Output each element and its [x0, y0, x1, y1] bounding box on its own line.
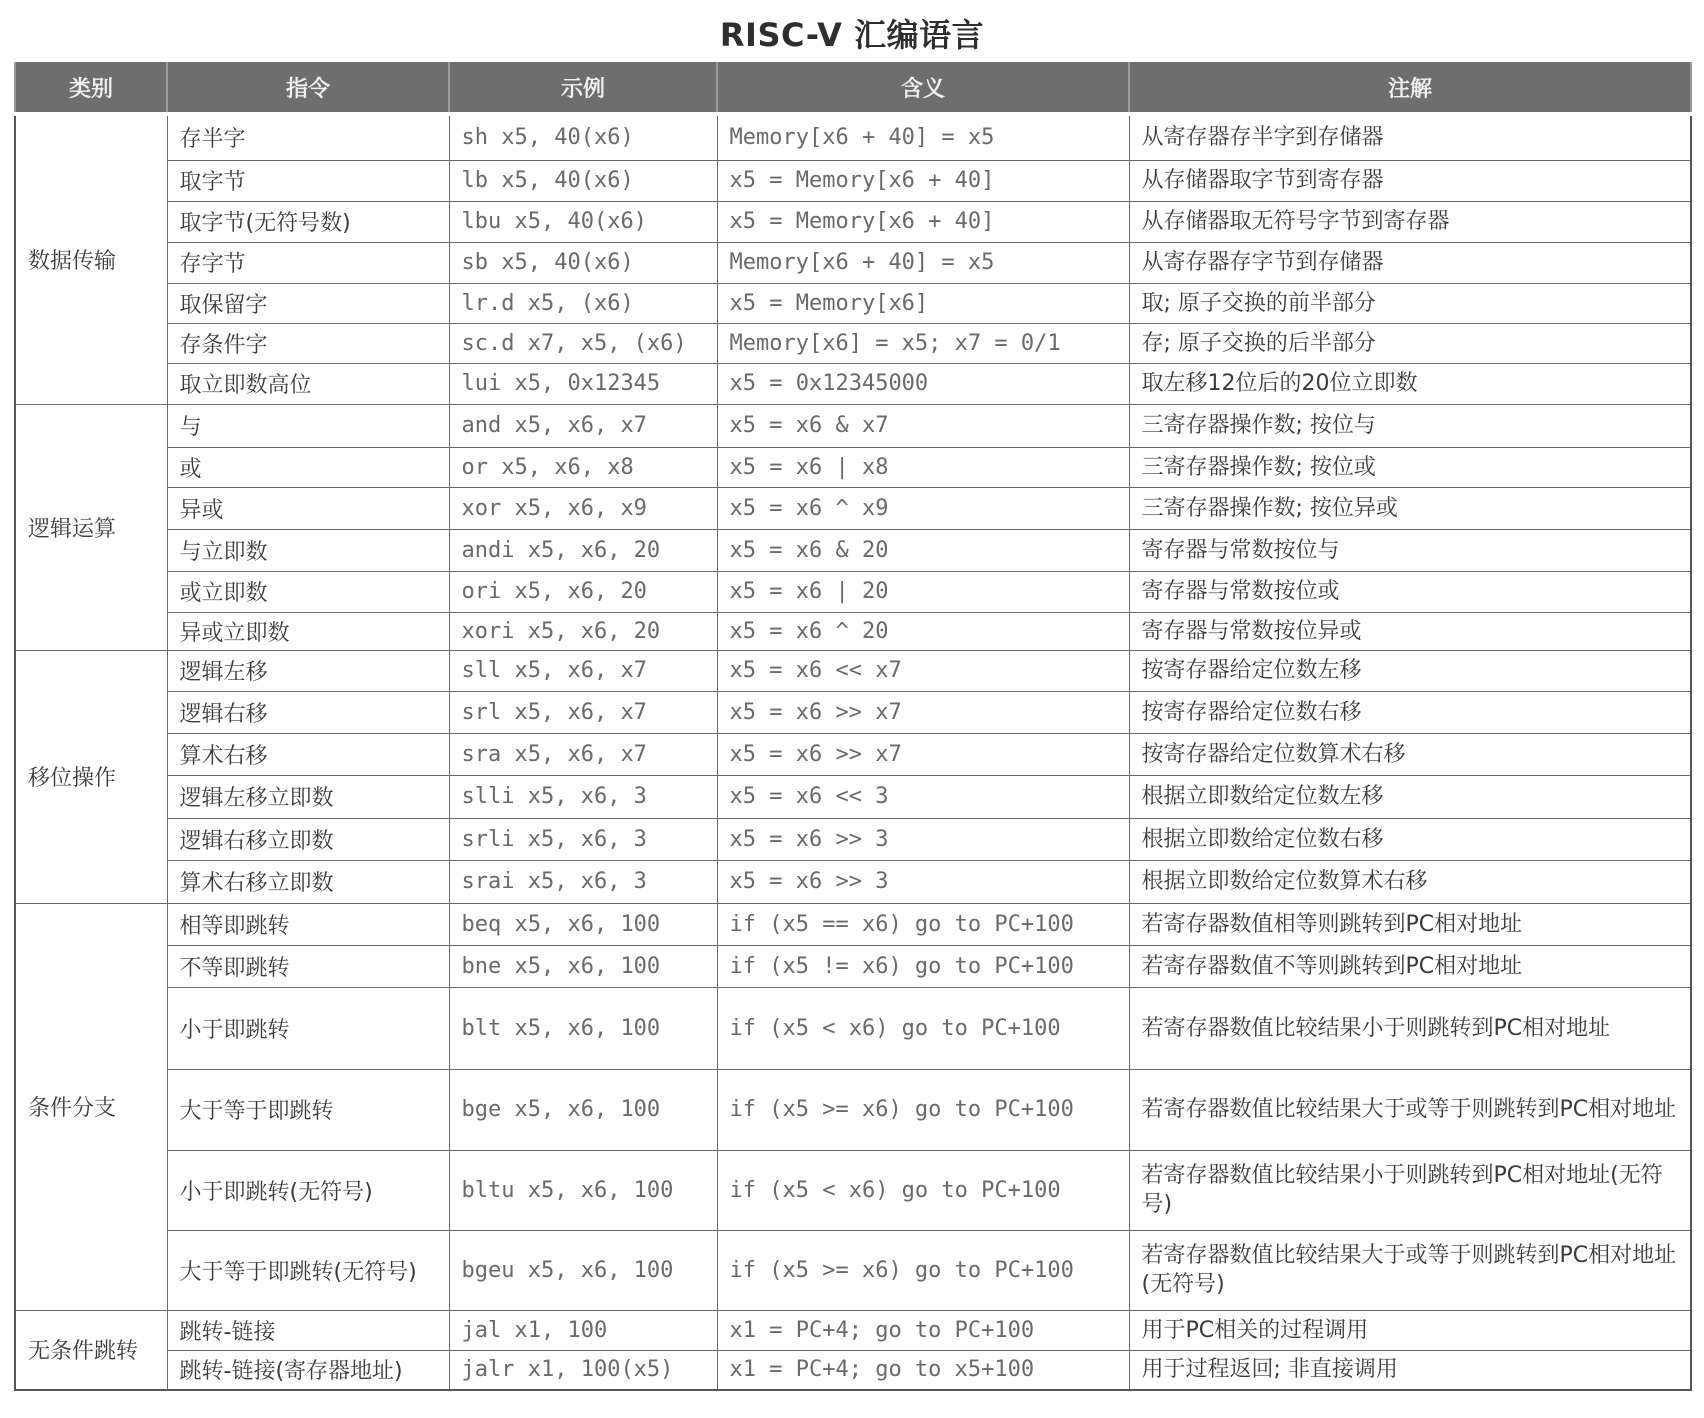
comment-cell: 寄存器与常数按位或: [1129, 571, 1691, 612]
table-row: 取字节(无符号数)lbu x5, 40(x6)x5 = Memory[x6 + …: [15, 201, 1691, 242]
example-cell: bltu x5, x6, 100: [449, 1150, 717, 1230]
meaning-cell: if (x5 >= x6) go to PC+100: [717, 1230, 1129, 1310]
example-cell: srai x5, x6, 3: [449, 860, 717, 903]
meaning-cell: x5 = Memory[x6 + 40]: [717, 201, 1129, 242]
comment-cell: 用于PC相关的过程调用: [1129, 1310, 1691, 1350]
table-row: 小于即跳转(无符号)bltu x5, x6, 100if (x5 < x6) g…: [15, 1150, 1691, 1230]
meaning-cell: x5 = Memory[x6]: [717, 283, 1129, 323]
instruction-cell: 相等即跳转: [167, 903, 449, 945]
instruction-cell: 存字节: [167, 242, 449, 283]
meaning-cell: if (x5 != x6) go to PC+100: [717, 945, 1129, 987]
example-cell: xor x5, x6, x9: [449, 487, 717, 529]
category-cell: 条件分支: [15, 903, 167, 1310]
example-cell: xori x5, x6, 20: [449, 612, 717, 650]
instruction-cell: 跳转-链接: [167, 1310, 449, 1350]
example-cell: lr.d x5, (x6): [449, 283, 717, 323]
example-cell: lui x5, 0x12345: [449, 363, 717, 404]
example-cell: sra x5, x6, x7: [449, 733, 717, 775]
meaning-cell: x5 = x6 ^ 20: [717, 612, 1129, 650]
comment-cell: 三寄存器操作数; 按位或: [1129, 447, 1691, 487]
meaning-cell: if (x5 < x6) go to PC+100: [717, 987, 1129, 1069]
comment-cell: 用于过程返回; 非直接调用: [1129, 1350, 1691, 1390]
instruction-cell: 算术右移: [167, 733, 449, 775]
comment-cell: 若寄存器数值比较结果大于或等于则跳转到PC相对地址: [1129, 1069, 1691, 1150]
example-cell: blt x5, x6, 100: [449, 987, 717, 1069]
table-row: 取保留字lr.d x5, (x6)x5 = Memory[x6]取; 原子交换的…: [15, 283, 1691, 323]
comment-cell: 三寄存器操作数; 按位异或: [1129, 487, 1691, 529]
meaning-cell: x5 = x6 & x7: [717, 404, 1129, 447]
meaning-cell: x5 = x6 | 20: [717, 571, 1129, 612]
comment-cell: 从寄存器存字节到存储器: [1129, 242, 1691, 283]
example-cell: slli x5, x6, 3: [449, 775, 717, 818]
table-header: 类别 指令 示例 含义 注解: [15, 62, 1691, 114]
instruction-cell: 不等即跳转: [167, 945, 449, 987]
example-cell: and x5, x6, x7: [449, 404, 717, 447]
category-cell: 逻辑运算: [15, 404, 167, 650]
example-cell: bgeu x5, x6, 100: [449, 1230, 717, 1310]
header-category: 类别: [15, 62, 167, 114]
table-row: 存字节sb x5, 40(x6)Memory[x6 + 40] = x5从寄存器…: [15, 242, 1691, 283]
table-row: 不等即跳转bne x5, x6, 100if (x5 != x6) go to …: [15, 945, 1691, 987]
instruction-cell: 取立即数高位: [167, 363, 449, 404]
comment-cell: 寄存器与常数按位与: [1129, 529, 1691, 571]
comment-cell: 根据立即数给定位数左移: [1129, 775, 1691, 818]
instruction-cell: 大于等于即跳转: [167, 1069, 449, 1150]
meaning-cell: x5 = 0x12345000: [717, 363, 1129, 404]
instruction-cell: 异或: [167, 487, 449, 529]
example-cell: sll x5, x6, x7: [449, 650, 717, 691]
comment-cell: 从存储器取字节到寄存器: [1129, 160, 1691, 201]
example-cell: andi x5, x6, 20: [449, 529, 717, 571]
table-row: 取立即数高位lui x5, 0x12345x5 = 0x12345000取左移1…: [15, 363, 1691, 404]
meaning-cell: x1 = PC+4; go to PC+100: [717, 1310, 1129, 1350]
instruction-cell: 或立即数: [167, 571, 449, 612]
header-comment: 注解: [1129, 62, 1691, 114]
instruction-cell: 逻辑右移: [167, 691, 449, 733]
example-cell: ori x5, x6, 20: [449, 571, 717, 612]
instruction-cell: 小于即跳转: [167, 987, 449, 1069]
instruction-cell: 存条件字: [167, 323, 449, 363]
meaning-cell: x5 = x6 | x8: [717, 447, 1129, 487]
page-title: RISC-V 汇编语言: [0, 10, 1704, 56]
comment-cell: 根据立即数给定位数算术右移: [1129, 860, 1691, 903]
example-cell: lb x5, 40(x6): [449, 160, 717, 201]
header-meaning: 含义: [717, 62, 1129, 114]
table-row: 逻辑右移立即数srli x5, x6, 3x5 = x6 >> 3根据立即数给定…: [15, 818, 1691, 860]
table-row: 逻辑右移srl x5, x6, x7x5 = x6 >> x7按寄存器给定位数右…: [15, 691, 1691, 733]
table-row: 无条件跳转跳转-链接jal x1, 100x1 = PC+4; go to PC…: [15, 1310, 1691, 1350]
comment-cell: 若寄存器数值比较结果大于或等于则跳转到PC相对地址(无符号): [1129, 1230, 1691, 1310]
table-row: 或or x5, x6, x8x5 = x6 | x8三寄存器操作数; 按位或: [15, 447, 1691, 487]
category-cell: 移位操作: [15, 650, 167, 903]
table-row: 算术右移立即数srai x5, x6, 3x5 = x6 >> 3根据立即数给定…: [15, 860, 1691, 903]
meaning-cell: if (x5 >= x6) go to PC+100: [717, 1069, 1129, 1150]
table-body: 数据传输存半字sh x5, 40(x6)Memory[x6 + 40] = x5…: [15, 114, 1691, 1390]
table-row: 存条件字sc.d x7, x5, (x6)Memory[x6] = x5; x7…: [15, 323, 1691, 363]
table-row: 小于即跳转blt x5, x6, 100if (x5 < x6) go to P…: [15, 987, 1691, 1069]
example-cell: sb x5, 40(x6): [449, 242, 717, 283]
comment-cell: 若寄存器数值不等则跳转到PC相对地址: [1129, 945, 1691, 987]
instruction-cell: 与立即数: [167, 529, 449, 571]
instruction-cell: 取保留字: [167, 283, 449, 323]
example-cell: jal x1, 100: [449, 1310, 717, 1350]
example-cell: srl x5, x6, x7: [449, 691, 717, 733]
table-row: 条件分支相等即跳转beq x5, x6, 100if (x5 == x6) go…: [15, 903, 1691, 945]
instruction-cell: 大于等于即跳转(无符号): [167, 1230, 449, 1310]
comment-cell: 三寄存器操作数; 按位与: [1129, 404, 1691, 447]
comment-cell: 按寄存器给定位数左移: [1129, 650, 1691, 691]
comment-cell: 若寄存器数值比较结果小于则跳转到PC相对地址: [1129, 987, 1691, 1069]
riscv-instruction-table: 类别 指令 示例 含义 注解 数据传输存半字sh x5, 40(x6)Memor…: [14, 62, 1692, 1391]
meaning-cell: x5 = x6 >> 3: [717, 860, 1129, 903]
table-row: 移位操作逻辑左移sll x5, x6, x7x5 = x6 << x7按寄存器给…: [15, 650, 1691, 691]
comment-cell: 取左移12位后的20位立即数: [1129, 363, 1691, 404]
instruction-cell: 取字节: [167, 160, 449, 201]
instruction-cell: 逻辑左移立即数: [167, 775, 449, 818]
meaning-cell: x5 = x6 >> 3: [717, 818, 1129, 860]
example-cell: sc.d x7, x5, (x6): [449, 323, 717, 363]
meaning-cell: x5 = Memory[x6 + 40]: [717, 160, 1129, 201]
example-cell: lbu x5, 40(x6): [449, 201, 717, 242]
table-row: 大于等于即跳转(无符号)bgeu x5, x6, 100if (x5 >= x6…: [15, 1230, 1691, 1310]
meaning-cell: x5 = x6 ^ x9: [717, 487, 1129, 529]
category-cell: 数据传输: [15, 114, 167, 404]
table-row: 逻辑左移立即数slli x5, x6, 3x5 = x6 << 3根据立即数给定…: [15, 775, 1691, 818]
header-instruction: 指令: [167, 62, 449, 114]
meaning-cell: x1 = PC+4; go to x5+100: [717, 1350, 1129, 1390]
comment-cell: 按寄存器给定位数右移: [1129, 691, 1691, 733]
meaning-cell: x5 = x6 >> x7: [717, 691, 1129, 733]
example-cell: sh x5, 40(x6): [449, 114, 717, 160]
instruction-cell: 逻辑左移: [167, 650, 449, 691]
instruction-cell: 或: [167, 447, 449, 487]
example-cell: bne x5, x6, 100: [449, 945, 717, 987]
meaning-cell: Memory[x6 + 40] = x5: [717, 114, 1129, 160]
example-cell: jalr x1, 100(x5): [449, 1350, 717, 1390]
instruction-cell: 算术右移立即数: [167, 860, 449, 903]
meaning-cell: Memory[x6 + 40] = x5: [717, 242, 1129, 283]
comment-cell: 从存储器取无符号字节到寄存器: [1129, 201, 1691, 242]
example-cell: srli x5, x6, 3: [449, 818, 717, 860]
meaning-cell: x5 = x6 & 20: [717, 529, 1129, 571]
category-cell: 无条件跳转: [15, 1310, 167, 1390]
meaning-cell: Memory[x6] = x5; x7 = 0/1: [717, 323, 1129, 363]
meaning-cell: x5 = x6 << x7: [717, 650, 1129, 691]
table-row: 算术右移sra x5, x6, x7x5 = x6 >> x7按寄存器给定位数算…: [15, 733, 1691, 775]
comment-cell: 若寄存器数值比较结果小于则跳转到PC相对地址(无符号): [1129, 1150, 1691, 1230]
table-row: 跳转-链接(寄存器地址)jalr x1, 100(x5)x1 = PC+4; g…: [15, 1350, 1691, 1390]
comment-cell: 根据立即数给定位数右移: [1129, 818, 1691, 860]
instruction-cell: 逻辑右移立即数: [167, 818, 449, 860]
header-example: 示例: [449, 62, 717, 114]
table-row: 异或xor x5, x6, x9x5 = x6 ^ x9三寄存器操作数; 按位异…: [15, 487, 1691, 529]
table-row: 或立即数ori x5, x6, 20x5 = x6 | 20寄存器与常数按位或: [15, 571, 1691, 612]
table-row: 取字节lb x5, 40(x6)x5 = Memory[x6 + 40]从存储器…: [15, 160, 1691, 201]
meaning-cell: x5 = x6 >> x7: [717, 733, 1129, 775]
instruction-cell: 存半字: [167, 114, 449, 160]
table-row: 大于等于即跳转bge x5, x6, 100if (x5 >= x6) go t…: [15, 1069, 1691, 1150]
example-cell: beq x5, x6, 100: [449, 903, 717, 945]
table-row: 与立即数andi x5, x6, 20x5 = x6 & 20寄存器与常数按位与: [15, 529, 1691, 571]
example-cell: or x5, x6, x8: [449, 447, 717, 487]
table-row: 逻辑运算与and x5, x6, x7x5 = x6 & x7三寄存器操作数; …: [15, 404, 1691, 447]
comment-cell: 从寄存器存半字到存储器: [1129, 114, 1691, 160]
comment-cell: 若寄存器数值相等则跳转到PC相对地址: [1129, 903, 1691, 945]
comment-cell: 寄存器与常数按位异或: [1129, 612, 1691, 650]
instruction-cell: 异或立即数: [167, 612, 449, 650]
comment-cell: 取; 原子交换的前半部分: [1129, 283, 1691, 323]
meaning-cell: if (x5 < x6) go to PC+100: [717, 1150, 1129, 1230]
instruction-cell: 小于即跳转(无符号): [167, 1150, 449, 1230]
example-cell: bge x5, x6, 100: [449, 1069, 717, 1150]
meaning-cell: if (x5 == x6) go to PC+100: [717, 903, 1129, 945]
table-row: 异或立即数xori x5, x6, 20x5 = x6 ^ 20寄存器与常数按位…: [15, 612, 1691, 650]
instruction-cell: 取字节(无符号数): [167, 201, 449, 242]
comment-cell: 存; 原子交换的后半部分: [1129, 323, 1691, 363]
comment-cell: 按寄存器给定位数算术右移: [1129, 733, 1691, 775]
table-row: 数据传输存半字sh x5, 40(x6)Memory[x6 + 40] = x5…: [15, 114, 1691, 160]
meaning-cell: x5 = x6 << 3: [717, 775, 1129, 818]
instruction-cell: 跳转-链接(寄存器地址): [167, 1350, 449, 1390]
instruction-cell: 与: [167, 404, 449, 447]
